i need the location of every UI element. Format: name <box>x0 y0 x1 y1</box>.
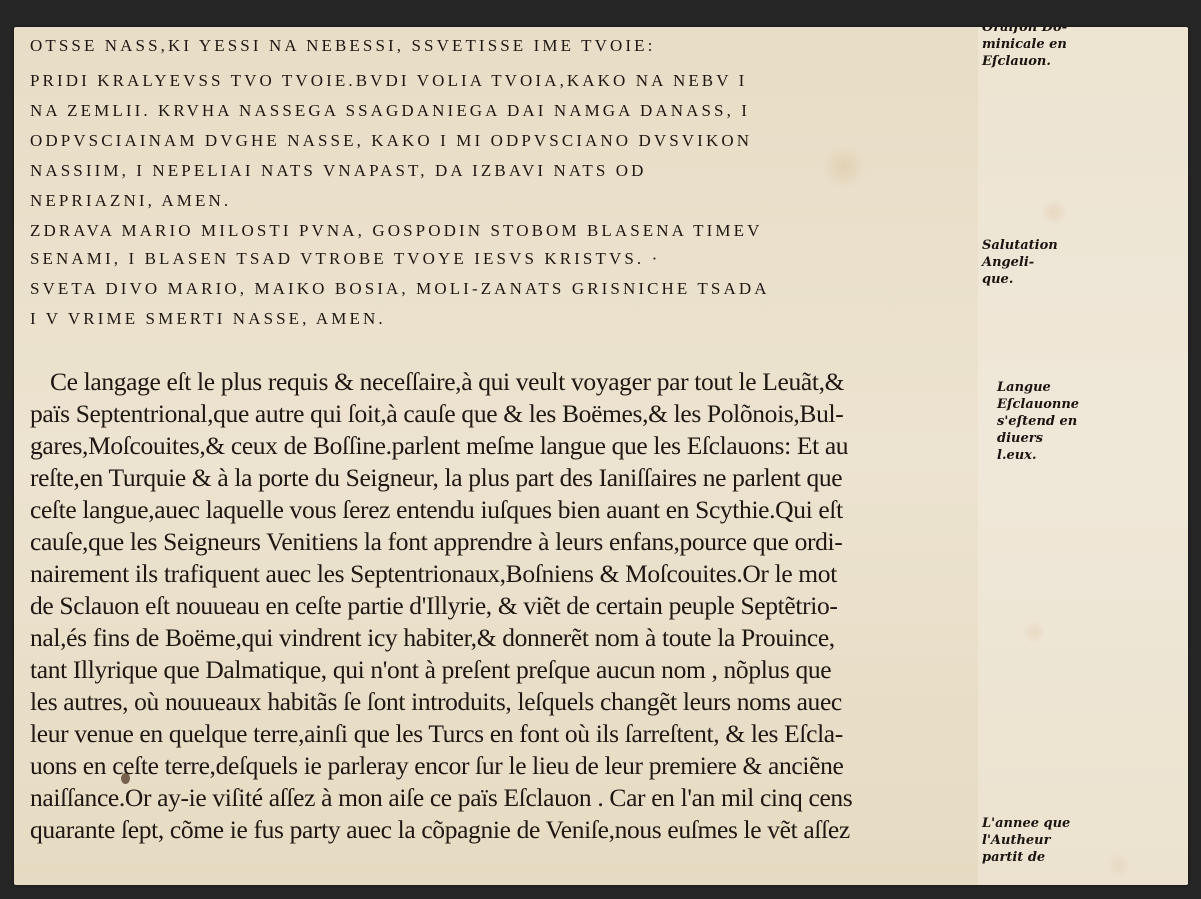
margin-note-langue: Langue Eſclauonne s'eſtend en diuers l.e… <box>997 379 1079 464</box>
prose-line: nal,és fins de Boëme,qui vindrent icy ha… <box>30 623 835 653</box>
prose-line: ceſte langue,auec laquelle vous ſerez en… <box>30 495 843 525</box>
prose-line: de Sclauon eſt nouueau en ceſte partie d… <box>30 591 838 621</box>
margin-note-line: Langue <box>997 379 1079 396</box>
margin-note-line: Eſclauonne <box>997 396 1079 413</box>
prose-line: leur venue en quelque terre,ainſi que le… <box>30 719 843 749</box>
caps-line: Sveta divo mario, maiko bosia, moli-zana… <box>30 279 770 299</box>
caps-line: pridi kralyevss tvo tvoie.bvdi volia tvo… <box>30 71 747 91</box>
margin-note-line: Angeli- <box>982 254 1058 271</box>
prose-line: uons en ceſte terre,deſquels ie parleray… <box>30 751 843 781</box>
prose-line: tant Illyrique que Dalmatique, qui n'ont… <box>30 655 831 685</box>
caps-line: senami, i blasen tsad vtrobe tvoye iesvs… <box>30 249 660 269</box>
prose-line: nairement ils trafiquent auec les Septen… <box>30 559 837 589</box>
margin-note-line: diuers <box>997 430 1079 447</box>
margin-note-line: partit de <box>982 849 1070 866</box>
prose-line: Ce langage eſt le plus requis & neceſſai… <box>50 367 844 397</box>
margin-note-salutation: Salutation Angeli- que. <box>982 237 1058 288</box>
ink-spot <box>121 773 130 784</box>
prose-line: quarante ſept, cõme ie fus party auec la… <box>30 815 850 845</box>
margin-note-line: que. <box>982 271 1058 288</box>
cut-off-line <box>30 849 36 879</box>
caps-line: nassiim, i nepeliai nats vnapast, da izb… <box>30 161 647 181</box>
prose-line: païs Septentrional,que autre qui ſoit,à … <box>30 399 843 429</box>
caps-line: nepriazni, Amen. <box>30 191 231 211</box>
margin-note-line: Oraiſon Do- <box>982 27 1067 36</box>
margin-note-line: l.eux. <box>997 447 1079 464</box>
caps-line: Zdrava mario milosti pvna, gospodin stob… <box>30 221 762 241</box>
caps-line: odpvsciainam dvghe nasse, kako i mi odpv… <box>30 131 752 151</box>
margin-note-line: l'Autheur <box>982 832 1070 849</box>
prose-line: naiſſance.Or ay-ie viſité aſſez à mon ai… <box>30 783 852 813</box>
caps-line: na zemlii. krvha nassega ssagdaniega dai… <box>30 101 750 121</box>
margin-note-line: s'eſtend en <box>997 413 1079 430</box>
caps-line: i v vrime smerti nasse, amen. <box>30 309 386 329</box>
margin-note-line: Salutation <box>982 237 1058 254</box>
prose-line: reſte,en Turquie & à la porte du Seigneu… <box>30 463 842 493</box>
margin-note-line: minicale en <box>982 36 1067 53</box>
margin-note-oraison: Oraiſon Do- minicale en Eſclauon. <box>982 27 1067 70</box>
prose-line: cauſe,que les Seigneurs Venitiens la fon… <box>30 527 842 557</box>
margin-note-annee: L'annee que l'Autheur partit de <box>982 815 1070 866</box>
caps-line: Otsse nass,ki yessi na nebessi, ssvetiss… <box>30 36 655 56</box>
prose-line: les autres, où nouueaux habitãs ſe ſont … <box>30 687 842 717</box>
book-page: Otsse nass,ki yessi na nebessi, ssvetiss… <box>14 27 1188 885</box>
prose-line: gares,Moſcouites,& ceux de Boſſine.parle… <box>30 431 848 461</box>
margin-note-line: L'annee que <box>982 815 1070 832</box>
margin-note-line: Eſclauon. <box>982 53 1067 70</box>
